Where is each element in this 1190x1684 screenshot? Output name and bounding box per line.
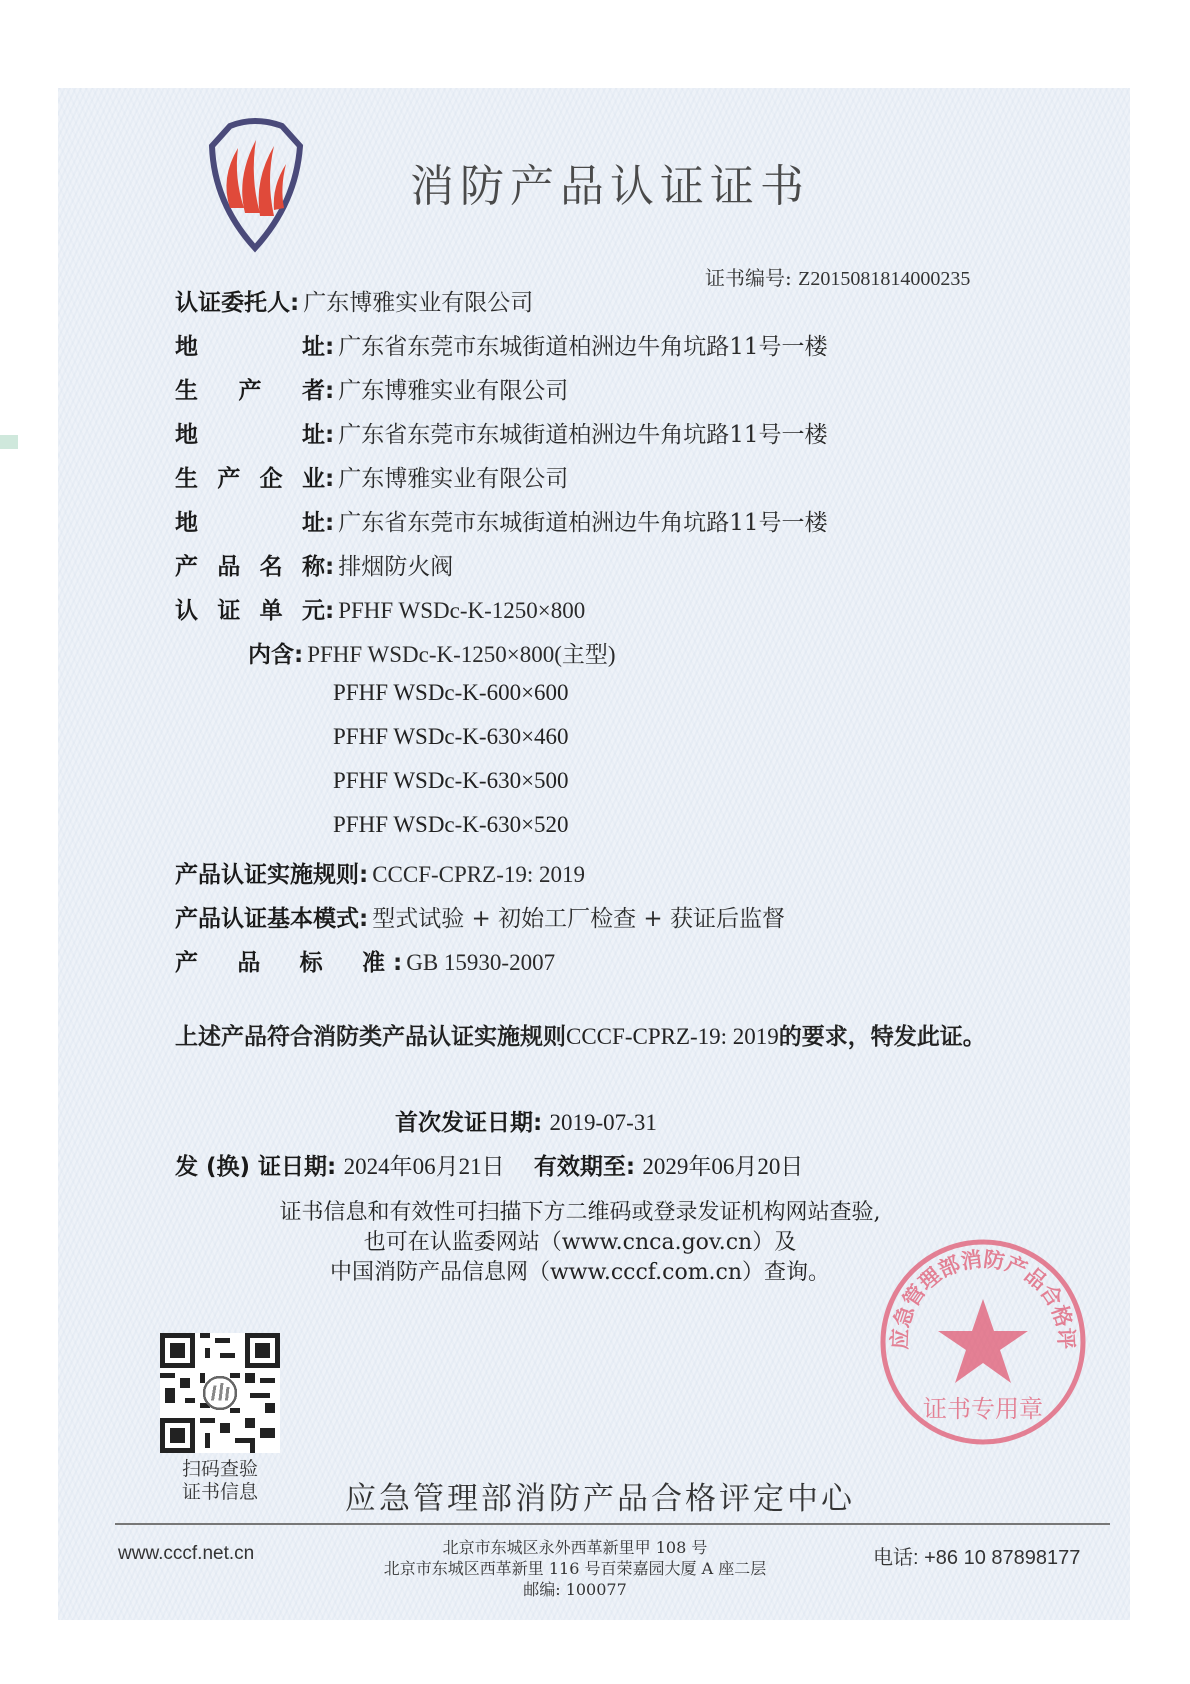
qr-caption-line: 证书信息 — [170, 1481, 270, 1504]
first-issue-value: 2019-07-31 — [550, 1110, 657, 1135]
field-client: 认证委托人: 广东博雅实业有限公司 — [175, 284, 533, 317]
verify-line: 中国消防产品信息网（www.cccf.com.cn）查询。 — [160, 1258, 1000, 1288]
verify-line: 也可在认监委网站（www.cnca.gov.cn）及 — [160, 1228, 1000, 1258]
first-issue-date: 首次发证日期: 2019-07-31 — [395, 1104, 657, 1137]
verification-note: 证书信息和有效性可扫描下方二维码或登录发证机构网站查验, 也可在认监委网站（ww… — [160, 1198, 1000, 1288]
unit-label: 认证单元 — [175, 592, 325, 625]
producer-address-value: 广东省东莞市东城街道柏洲边牛角坑路11号一楼 — [338, 416, 827, 449]
field-rule: 产品认证实施规则: CCCF-CPRZ-19: 2019 — [175, 856, 585, 889]
mode-value: 型式试验 + 初始工厂检查 + 获证后监督 — [372, 900, 785, 933]
field-standard: 产品标准 : GB 15930-2007 — [175, 944, 555, 977]
address-label: 地址 — [175, 328, 325, 361]
qr-code-icon[interactable] — [160, 1333, 280, 1453]
includes-item: PFHF WSDc-K-630×520 — [333, 812, 569, 838]
certificate-number: 证书编号: Z2015081814000235 — [705, 262, 970, 291]
footer-phone: 电话: +86 10 87898177 — [873, 1541, 1080, 1570]
postcode: 邮编: 100077 — [360, 1579, 790, 1600]
statement-text: 的要求，特发此证。 — [779, 1024, 986, 1050]
statement-text: 上述产品符合消防类产品认证实施规则 — [175, 1024, 566, 1050]
field-producer-address: 地址: 广东省东莞市东城街道柏洲边牛角坑路11号一楼 — [175, 416, 827, 449]
factory-value: 广东博雅实业有限公司 — [338, 460, 568, 493]
footer-website-link[interactable]: www.cccf.net.cn — [118, 1543, 254, 1565]
statement-rule: CCCF-CPRZ-19: 2019 — [566, 1024, 779, 1049]
fire-shield-logo-icon — [200, 108, 310, 258]
field-product: 产品名称: 排烟防火阀 — [175, 548, 453, 581]
includes-item: PFHF WSDc-K-1250×800(主型) — [307, 636, 615, 669]
cert-no-label: 证书编号: — [705, 266, 792, 290]
footer-address: 北京市东城区永外西革新里甲 108 号 北京市东城区西革新里 116 号百荣嘉园… — [360, 1537, 790, 1600]
address-line: 北京市东城区西革新里 116 号百荣嘉园大厦 A 座二层 — [360, 1558, 790, 1579]
field-unit: 认证单元: PFHF WSDc-K-1250×800 — [175, 592, 585, 625]
field-factory: 生产企业: 广东博雅实业有限公司 — [175, 460, 568, 493]
includes-label: 内含 — [248, 636, 294, 669]
issue-validity-dates: 发 (换) 证日期: 2024年06月21日 有效期至: 2029年06月20日 — [175, 1148, 803, 1181]
certificate-title: 消防产品认证证书 — [410, 150, 810, 214]
unit-value: PFHF WSDc-K-1250×800 — [338, 598, 585, 624]
footer-divider — [115, 1523, 1110, 1525]
client-value: 广东博雅实业有限公司 — [303, 284, 533, 317]
factory-label: 生产企业 — [175, 460, 325, 493]
includes-item: PFHF WSDc-K-630×460 — [333, 724, 569, 750]
mode-label: 产品认证基本模式 — [175, 900, 359, 933]
address-label: 地址 — [175, 504, 325, 537]
standard-value: GB 15930-2007 — [406, 950, 555, 976]
field-factory-address: 地址: 广东省东莞市东城街道柏洲边牛角坑路11号一楼 — [175, 504, 827, 537]
includes-item: PFHF WSDc-K-630×500 — [333, 768, 569, 794]
field-includes: 内含: PFHF WSDc-K-1250×800(主型) — [248, 636, 616, 669]
rule-value: CCCF-CPRZ-19: 2019 — [372, 862, 585, 888]
client-label: 认证委托人 — [175, 284, 290, 317]
address-line: 北京市东城区永外西革新里甲 108 号 — [360, 1537, 790, 1558]
verify-line: 证书信息和有效性可扫描下方二维码或登录发证机构网站查验, — [160, 1198, 1000, 1228]
cert-no-value: Z2015081814000235 — [798, 268, 970, 290]
svg-text:证书专用章: 证书专用章 — [923, 1395, 1043, 1423]
valid-until-label: 有效期至: — [534, 1148, 635, 1181]
standard-label: 产品标准 — [175, 944, 385, 977]
official-seal-icon: 应急管理部消防产品合格评定中心 证书专用章 — [878, 1237, 1088, 1447]
qr-caption-line: 扫码查验 — [170, 1458, 270, 1481]
valid-until-value: 2029年06月20日 — [642, 1154, 803, 1179]
rule-label: 产品认证实施规则 — [175, 856, 359, 889]
conformity-statement: 上述产品符合消防类产品认证实施规则CCCF-CPRZ-19: 2019的要求，特… — [175, 1014, 1015, 1060]
issuing-authority: 应急管理部消防产品合格评定中心 — [345, 1473, 855, 1518]
issue-date-label: 发 (换) 证日期: — [175, 1148, 336, 1181]
field-client-address: 地址: 广东省东莞市东城街道柏洲边牛角坑路11号一楼 — [175, 328, 827, 361]
product-value: 排烟防火阀 — [338, 548, 453, 581]
issue-date-value: 2024年06月21日 — [344, 1154, 505, 1179]
edge-mark — [0, 435, 18, 449]
field-mode: 产品认证基本模式: 型式试验 + 初始工厂检查 + 获证后监督 — [175, 900, 785, 933]
first-issue-label: 首次发证日期: — [395, 1104, 542, 1137]
producer-value: 广东博雅实业有限公司 — [338, 372, 568, 405]
product-label: 产品名称 — [175, 548, 325, 581]
producer-label: 生产者 — [175, 372, 325, 405]
factory-address-value: 广东省东莞市东城街道柏洲边牛角坑路11号一楼 — [338, 504, 827, 537]
field-producer: 生产者: 广东博雅实业有限公司 — [175, 372, 568, 405]
address-label: 地址 — [175, 416, 325, 449]
includes-item: PFHF WSDc-K-600×600 — [333, 680, 569, 706]
client-address-value: 广东省东莞市东城街道柏洲边牛角坑路11号一楼 — [338, 328, 827, 361]
qr-caption: 扫码查验 证书信息 — [170, 1458, 270, 1504]
